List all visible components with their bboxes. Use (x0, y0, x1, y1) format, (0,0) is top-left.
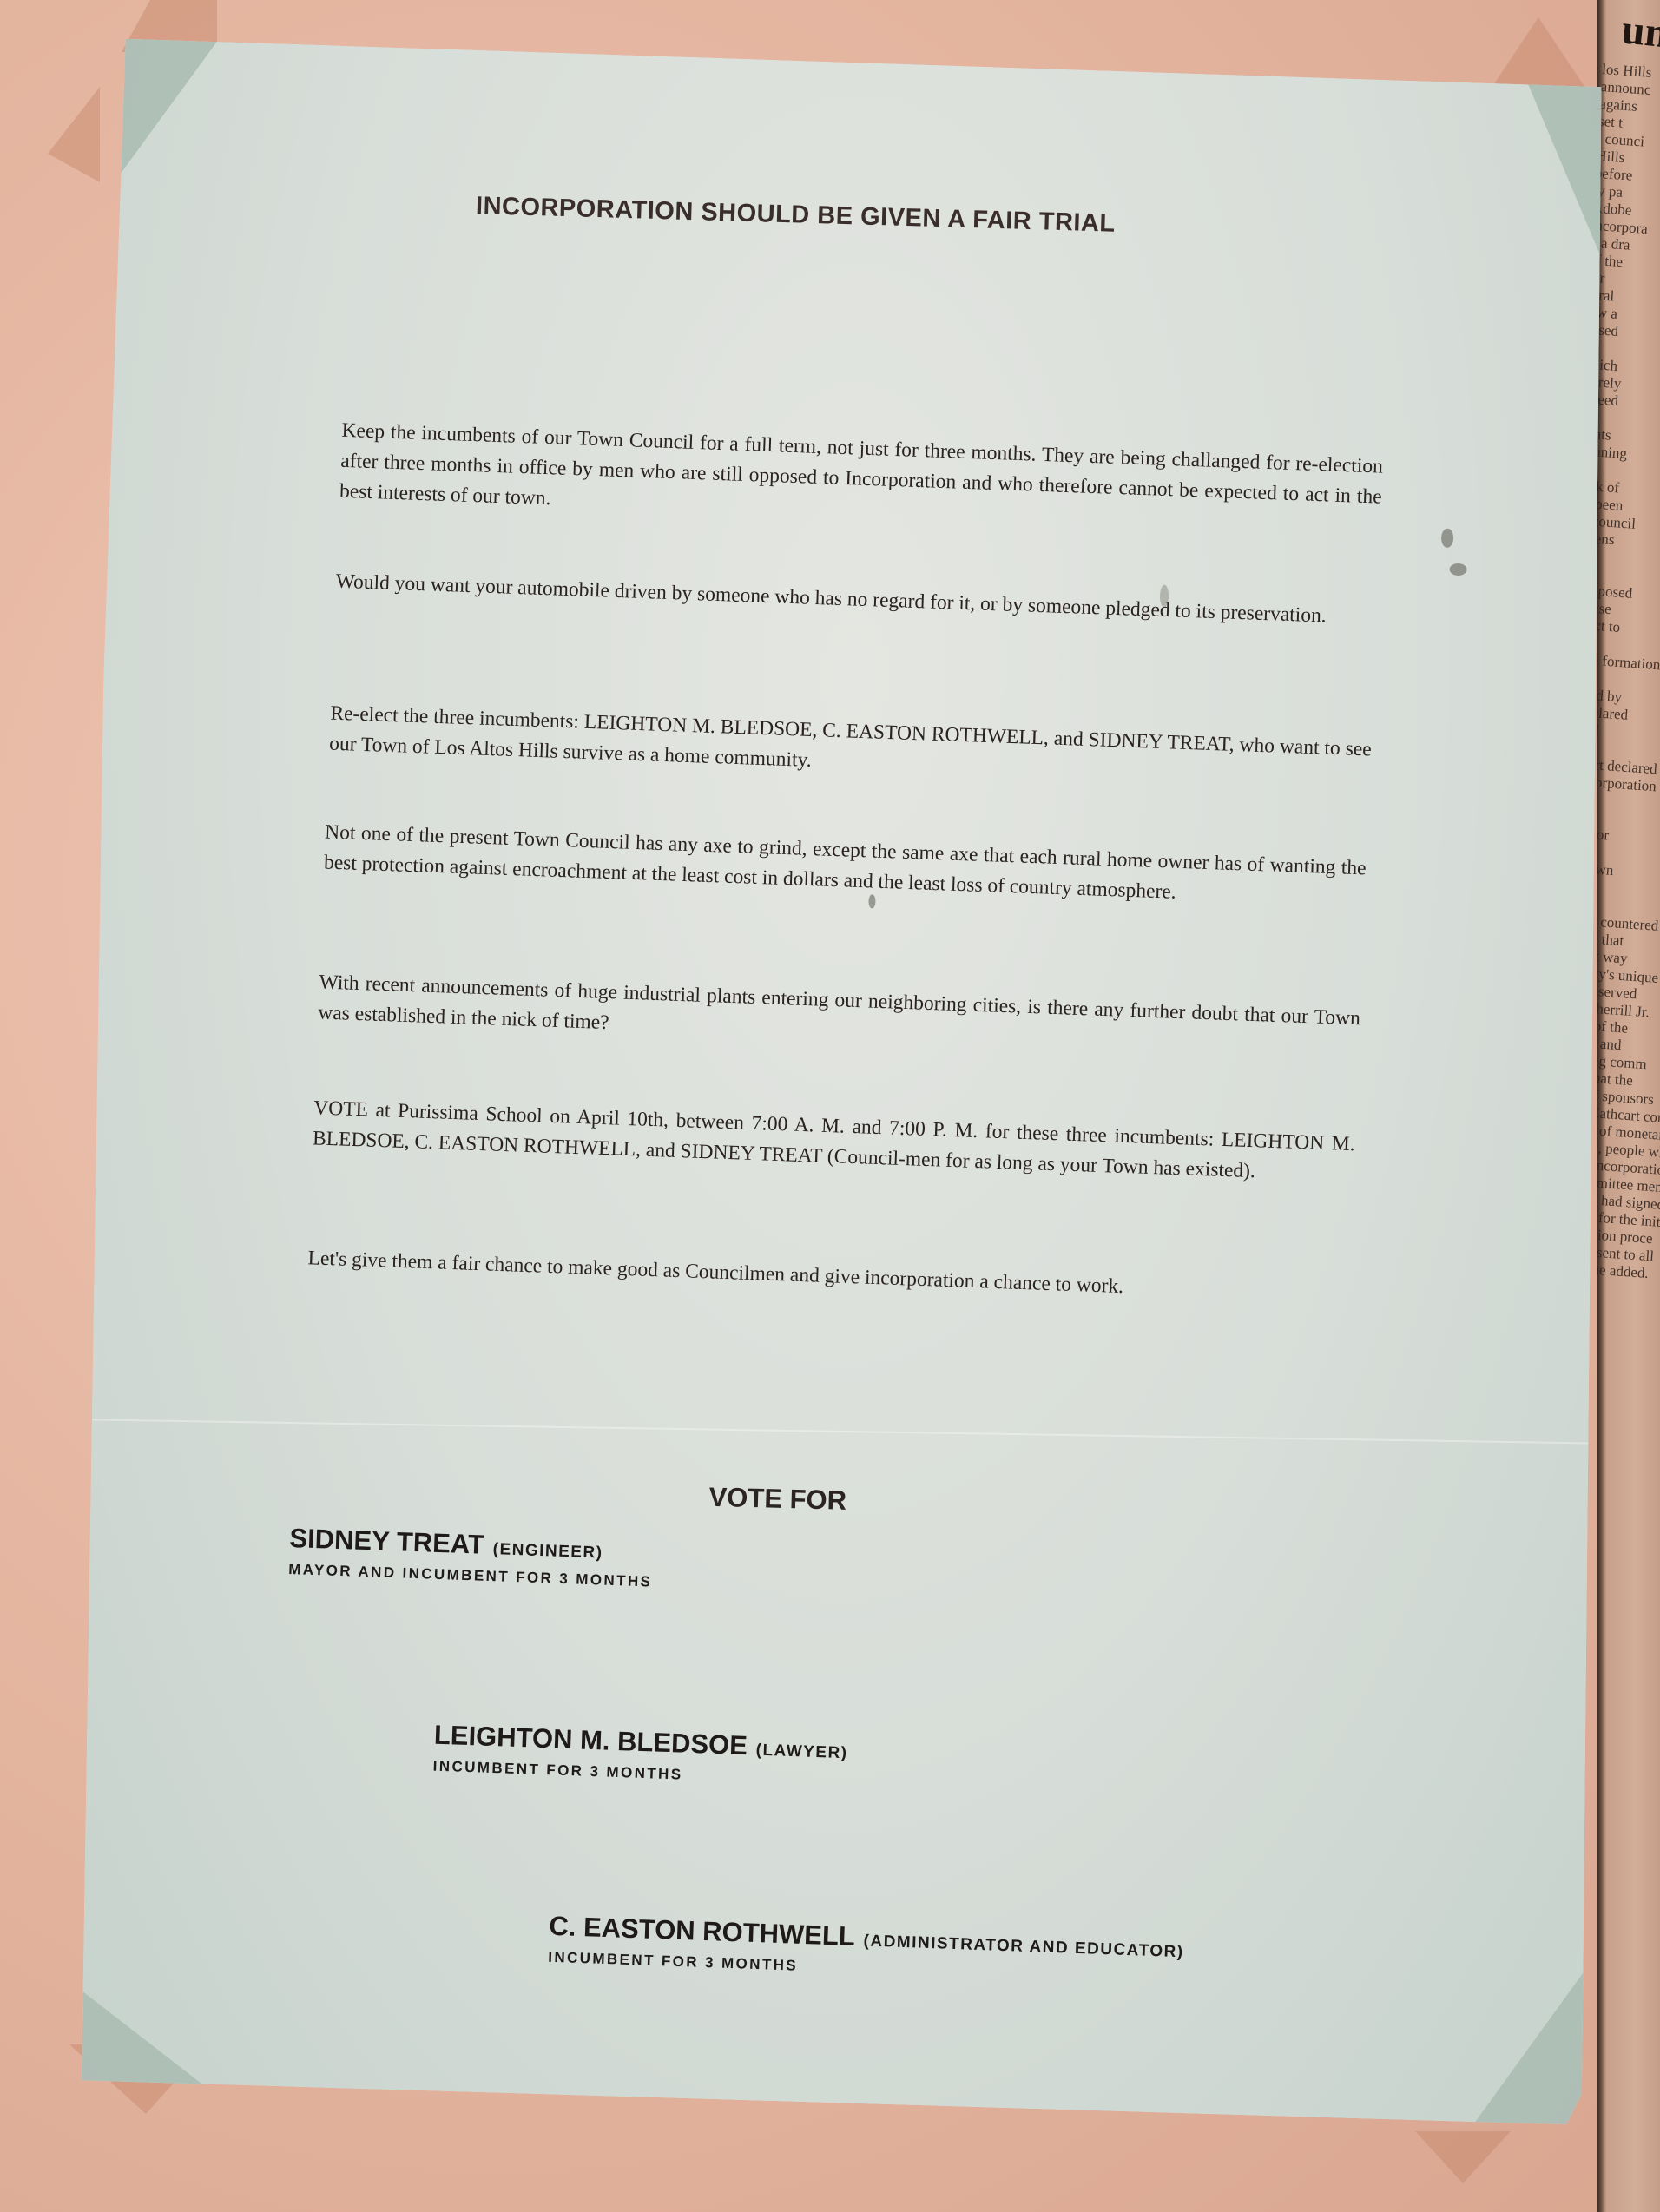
newspaper-clipping: unc los Hills announc agains set t l cou… (1597, 0, 1660, 2212)
candidate-subtitle: MAYOR AND INCUMBENT FOR 3 MONTHS (288, 1561, 653, 1591)
paragraph-automobile-analogy: Would you want your automobile driven by… (335, 567, 1377, 634)
candidate-profession: (ENGINEER) (492, 1540, 603, 1562)
flyer-title: INCORPORATION SHOULD BE GIVEN A FAIR TRI… (476, 192, 1327, 244)
candidate-profession: (ADMINISTRATOR AND EDUCATOR) (863, 1932, 1184, 1961)
tape-bottom-right (1415, 2131, 1511, 2183)
candidate-profession: (LAWYER) (755, 1741, 848, 1763)
paragraph-vote-details: VOTE at Purissima School on April 10th, … (312, 1093, 1355, 1190)
candidate-name: C. EASTON ROTHWELL (549, 1911, 855, 1952)
candidate-name: LEIGHTON M. BLEDSOE (433, 1720, 748, 1761)
ink-smudge (1441, 529, 1453, 548)
flyer-content: INCORPORATION SHOULD BE GIVEN A FAIR TRI… (81, 39, 1613, 2146)
candidate-easton-rothwell: C. EASTON ROTHWELL(ADMINISTRATOR AND EDU… (548, 1911, 1184, 1988)
paragraph-re-elect: Re-elect the three incumbents: LEIGHTON … (329, 699, 1373, 796)
candidate-leighton-bledsoe: LEIGHTON M. BLEDSOE(LAWYER) INCUMBENT FO… (432, 1720, 848, 1790)
ink-smudge (1449, 563, 1466, 576)
newspaper-text: los Hills announc agains set t l counci … (1597, 61, 1660, 1298)
paragraph-industrial-plants: With recent announcements of huge indust… (318, 967, 1361, 1064)
flyer-sheet: INCORPORATION SHOULD BE GIVEN A FAIR TRI… (81, 39, 1613, 2146)
paragraph-keep-incumbents: Keep the incumbents of our Town Council … (339, 416, 1384, 543)
candidate-name: SIDNEY TREAT (289, 1523, 485, 1560)
candidate-sidney-treat: SIDNEY TREAT(ENGINEER) MAYOR AND INCUMBE… (288, 1523, 654, 1591)
ink-smudge (868, 894, 875, 908)
tape-top-right (1486, 17, 1591, 95)
newspaper-headline-fragment: unc (1619, 5, 1660, 60)
tape-left (48, 87, 100, 182)
vote-for-heading: VOTE FOR (708, 1482, 846, 1517)
paragraph-fair-chance: Let's give them a fair chance to make go… (307, 1243, 1349, 1310)
paragraph-no-axe-to-grind: Not one of the present Town Council has … (323, 818, 1367, 915)
